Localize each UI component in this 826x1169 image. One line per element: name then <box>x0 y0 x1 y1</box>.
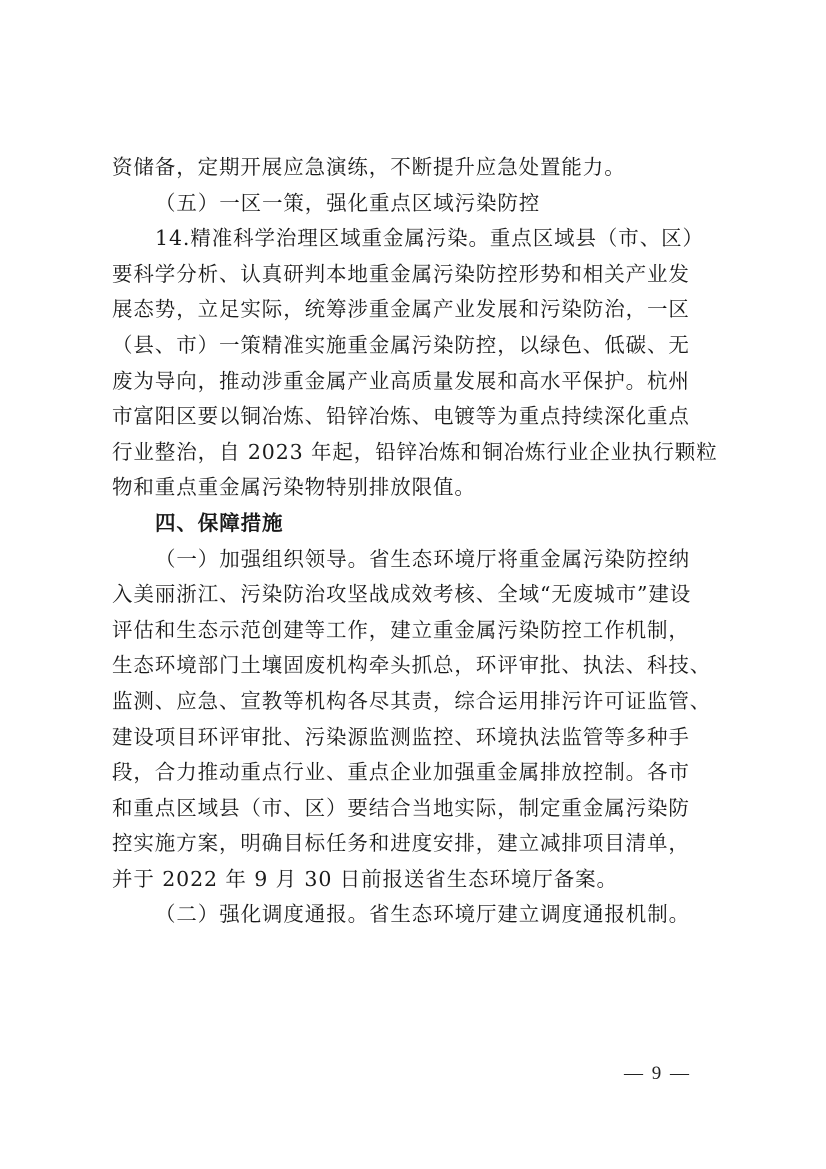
text-line: 物和重点重金属污染物特别排放限值。 <box>112 470 714 506</box>
text-line: 评估和生态示范创建等工作，建立重金属污染防控工作机制， <box>112 613 714 649</box>
text-line: 监测、应急、宣教等机构各尽其责，综合运用排污许可证监管、 <box>112 684 714 720</box>
text-line: （二）强化调度通报。省生态环境厅建立调度通报机制。 <box>112 897 714 933</box>
section-heading-safeguards: 四、保障措施 <box>112 506 714 542</box>
text-line: 14.精准科学治理区域重金属污染。重点区域县（市、区） <box>112 221 714 257</box>
text-line: 生态环境部门土壤固废机构牵头抓总，环评审批、执法、科技、 <box>112 648 714 684</box>
text-line: 入美丽浙江、污染防治攻坚战成效考核、全域“无废城市”建设 <box>112 577 714 613</box>
text-line: 行业整治，自 2023 年起，铅锌冶炼和铜冶炼行业企业执行颗粒 <box>112 435 714 471</box>
document-page: 资储备，定期开展应急演练，不断提升应急处置能力。 （五）一区一策，强化重点区域污… <box>0 0 826 1169</box>
text-line: 控实施方案，明确目标任务和进度安排，建立减排项目清单， <box>112 826 714 862</box>
page-number: — 9 — <box>624 1063 691 1085</box>
text-line: 建设项目环评审批、污染源监测监控、环境执法监管等多种手 <box>112 720 714 756</box>
text-line: 展态势，立足实际，统筹涉重金属产业发展和污染防治，一区 <box>112 292 714 328</box>
text-line: 资储备，定期开展应急演练，不断提升应急处置能力。 <box>112 150 714 186</box>
text-line: 和重点区域县（市、区）要结合当地实际，制定重金属污染防 <box>112 791 714 827</box>
text-line: （县、市）一策精准实施重金属污染防控，以绿色、低碳、无 <box>112 328 714 364</box>
body-text: 资储备，定期开展应急演练，不断提升应急处置能力。 （五）一区一策，强化重点区域污… <box>112 150 714 933</box>
text-line: 市富阳区要以铜冶炼、铅锌冶炼、电镀等为重点持续深化重点 <box>112 399 714 435</box>
text-line: 要科学分析、认真研判本地重金属污染防控形势和相关产业发 <box>112 257 714 293</box>
text-line: （一）加强组织领导。省生态环境厅将重金属污染防控纳 <box>112 542 714 578</box>
subsection-heading-5: （五）一区一策，强化重点区域污染防控 <box>112 186 714 222</box>
text-line: 废为导向，推动涉重金属产业高质量发展和高水平保护。杭州 <box>112 364 714 400</box>
text-line: 段，合力推动重点行业、重点企业加强重金属排放控制。各市 <box>112 755 714 791</box>
text-line: 并于 2022 年 9 月 30 日前报送省生态环境厅备案。 <box>112 862 714 898</box>
